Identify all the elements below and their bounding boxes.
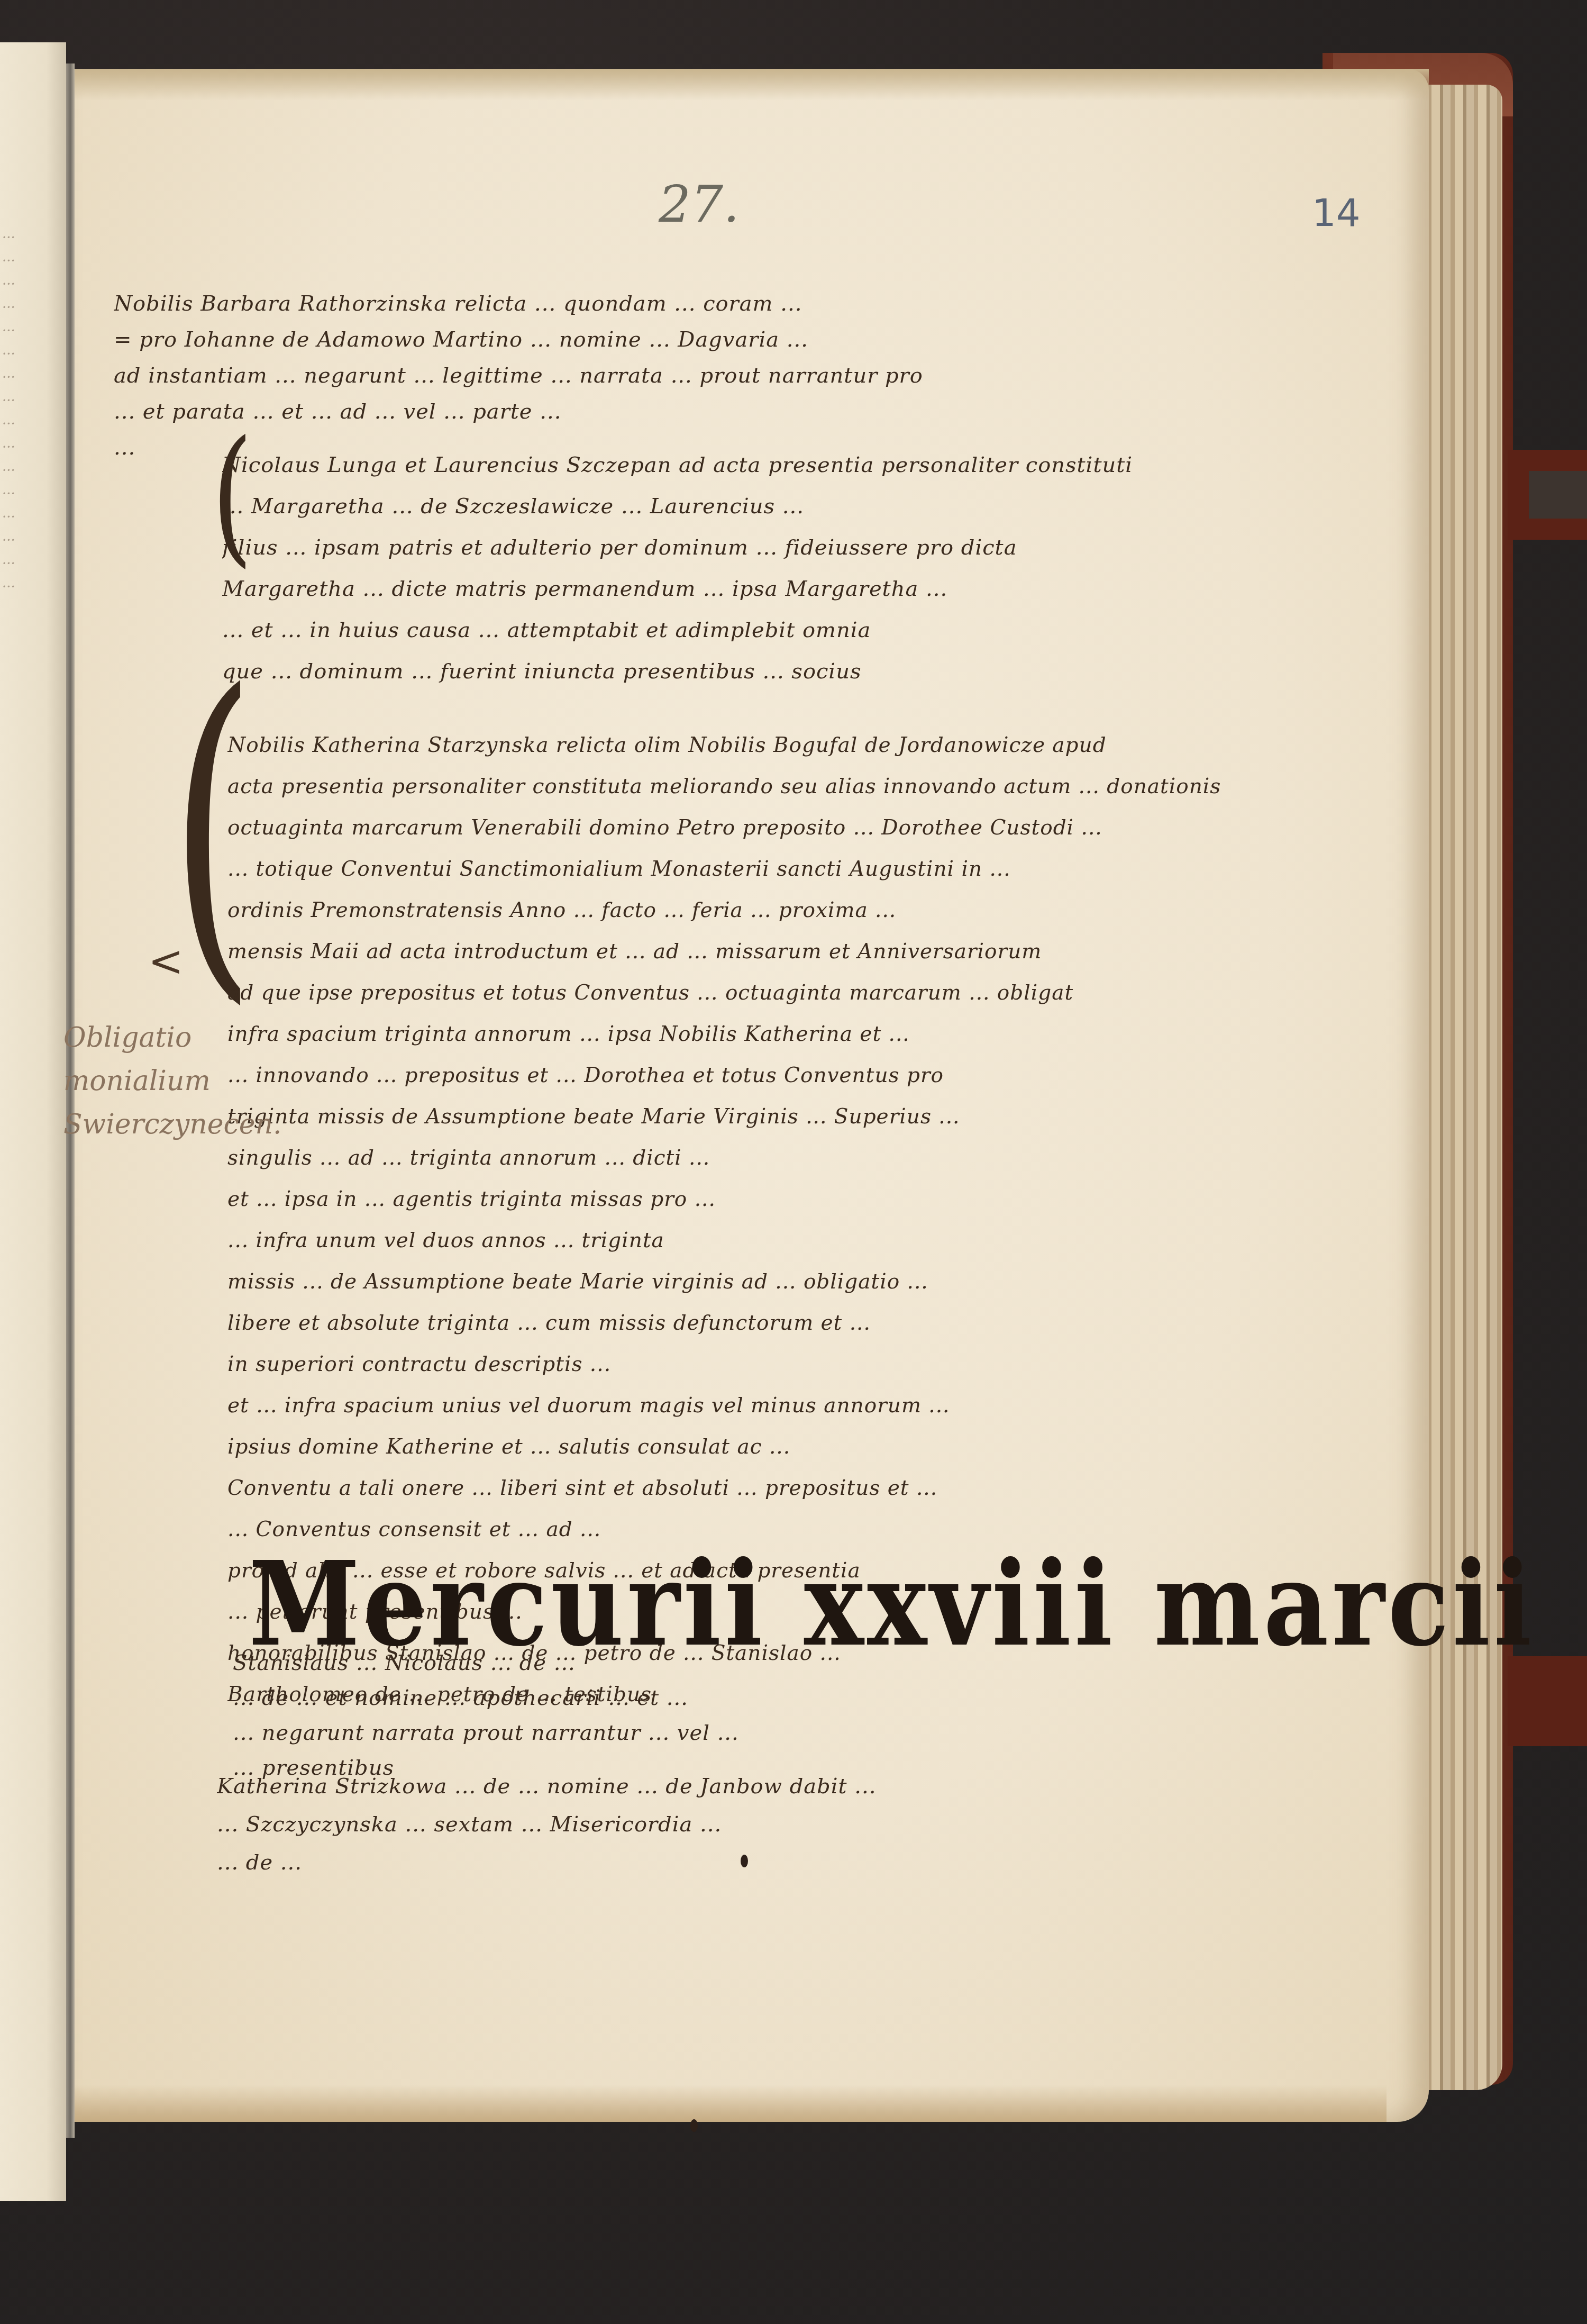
entry-line: ... totique Conventui Sanctimonialium Mo…: [227, 849, 1349, 890]
entry-line: Katherina Strizkowa ... de ... nomine ..…: [217, 1767, 1328, 1805]
entry-line: Nicolaus Lunga et Laurencius Szczepan ad…: [222, 444, 1280, 486]
entry-strizkowa: Katherina Strizkowa ... de ... nomine ..…: [217, 1767, 1328, 1882]
entry-line: ... Margaretha ... de Szczeslawicze ... …: [222, 486, 1280, 527]
page-bottom-stain: [75, 2085, 1387, 2122]
entry-rathorzinska: Nobilis Barbara Rathorzinska relicta ...…: [114, 286, 1278, 466]
entry-line: ... Szczyczynska ... sextam ... Miserico…: [217, 1805, 1328, 1844]
marginal-note: Obligatio monialium Swierczynecen.: [63, 1016, 217, 1146]
entry-line: mensis Maii ad acta introductum et ... a…: [227, 931, 1349, 973]
entry-line: et ... infra spacium unius vel duorum ma…: [227, 1385, 1349, 1427]
entry-line: ... innovando ... prepositus et ... Doro…: [227, 1055, 1349, 1096]
page-top-stain: [75, 69, 1429, 101]
entry-line: Stanislaus ... Nicolaus ... de ...: [233, 1646, 1291, 1681]
entry-line: libere et absolute triginta ... cum miss…: [227, 1303, 1349, 1344]
entry-line: Nobilis Barbara Rathorzinska relicta ...…: [114, 286, 1278, 322]
entry-line: missis ... de Assumptione beate Marie vi…: [227, 1261, 1349, 1303]
manicule-pointer-icon: <: [148, 937, 184, 986]
entry-line: triginta missis de Assumptione beate Mar…: [227, 1096, 1349, 1138]
entry-line: ... et parata ... et ... ad ... vel ... …: [114, 394, 1278, 430]
entry-line: et ... ipsa in ... agentis triginta miss…: [227, 1179, 1349, 1220]
entry-line: ad instantiam ... negarunt ... legittime…: [114, 358, 1278, 394]
entry-line: filius ... ipsam patris et adulterio per…: [222, 527, 1280, 568]
entry-line: Conventu a tali onere ... liberi sint et…: [227, 1468, 1349, 1509]
entry-line: ... negarunt narrata prout narrantur ...…: [233, 1715, 1291, 1750]
entry-lunga: Nicolaus Lunga et Laurencius Szczepan ad…: [222, 444, 1280, 692]
entry-line: ordinis Premonstratensis Anno ... facto …: [227, 890, 1349, 931]
marginal-note-line: Obligatio: [63, 1016, 217, 1059]
entry-line: = pro Iohanne de Adamowo Martino ... nom…: [114, 322, 1278, 358]
entry-line: ... et ... in huius causa ... attemptabi…: [222, 610, 1280, 651]
entry-line: acta presentia personaliter constituta m…: [227, 766, 1349, 807]
entry-line: ... de ...: [217, 1844, 1328, 1882]
entry-line: ipsius domine Katherine et ... salutis c…: [227, 1427, 1349, 1468]
entry-line: que ... dominum ... fuerint iniuncta pre…: [222, 651, 1280, 692]
entry-line: Nobilis Katherina Starzynska relicta oli…: [227, 725, 1349, 766]
ink-blot: [741, 1855, 748, 1867]
entry-line: infra spacium triginta annorum ... ipsa …: [227, 1014, 1349, 1055]
ink-blot: [690, 2119, 698, 2132]
entry-line: in superiori contractu descriptis ...: [227, 1344, 1349, 1385]
facing-page-sliver: ... ... ... ... ... ... ... ... ... ... …: [0, 42, 66, 2201]
marginal-note-line: Swierczynecen.: [63, 1103, 217, 1146]
facing-page-text: ... ... ... ... ... ... ... ... ... ... …: [2, 222, 65, 1386]
entry-line: ... de ... et nomine ... apothecarii ...…: [233, 1681, 1291, 1715]
clasp-strap-gap: [1529, 471, 1587, 519]
entry-line: octuaginta marcarum Venerabili domino Pe…: [227, 807, 1349, 849]
entry-stanislaus: Stanislaus ... Nicolaus ... de ... ... d…: [233, 1646, 1291, 1785]
entry-line: ad que ipse prepositus et totus Conventu…: [227, 973, 1349, 1014]
entry-line: Margaretha ... dicte matris permanendum …: [222, 568, 1280, 610]
entry-line: singulis ... ad ... triginta annorum ...…: [227, 1138, 1349, 1179]
entry-line: ... infra unum vel duos annos ... trigin…: [227, 1220, 1349, 1261]
folio-number-pencil: 14: [1312, 190, 1361, 235]
marginal-note-line: monialium: [63, 1059, 217, 1103]
folio-number-ink: 27.: [659, 175, 740, 234]
